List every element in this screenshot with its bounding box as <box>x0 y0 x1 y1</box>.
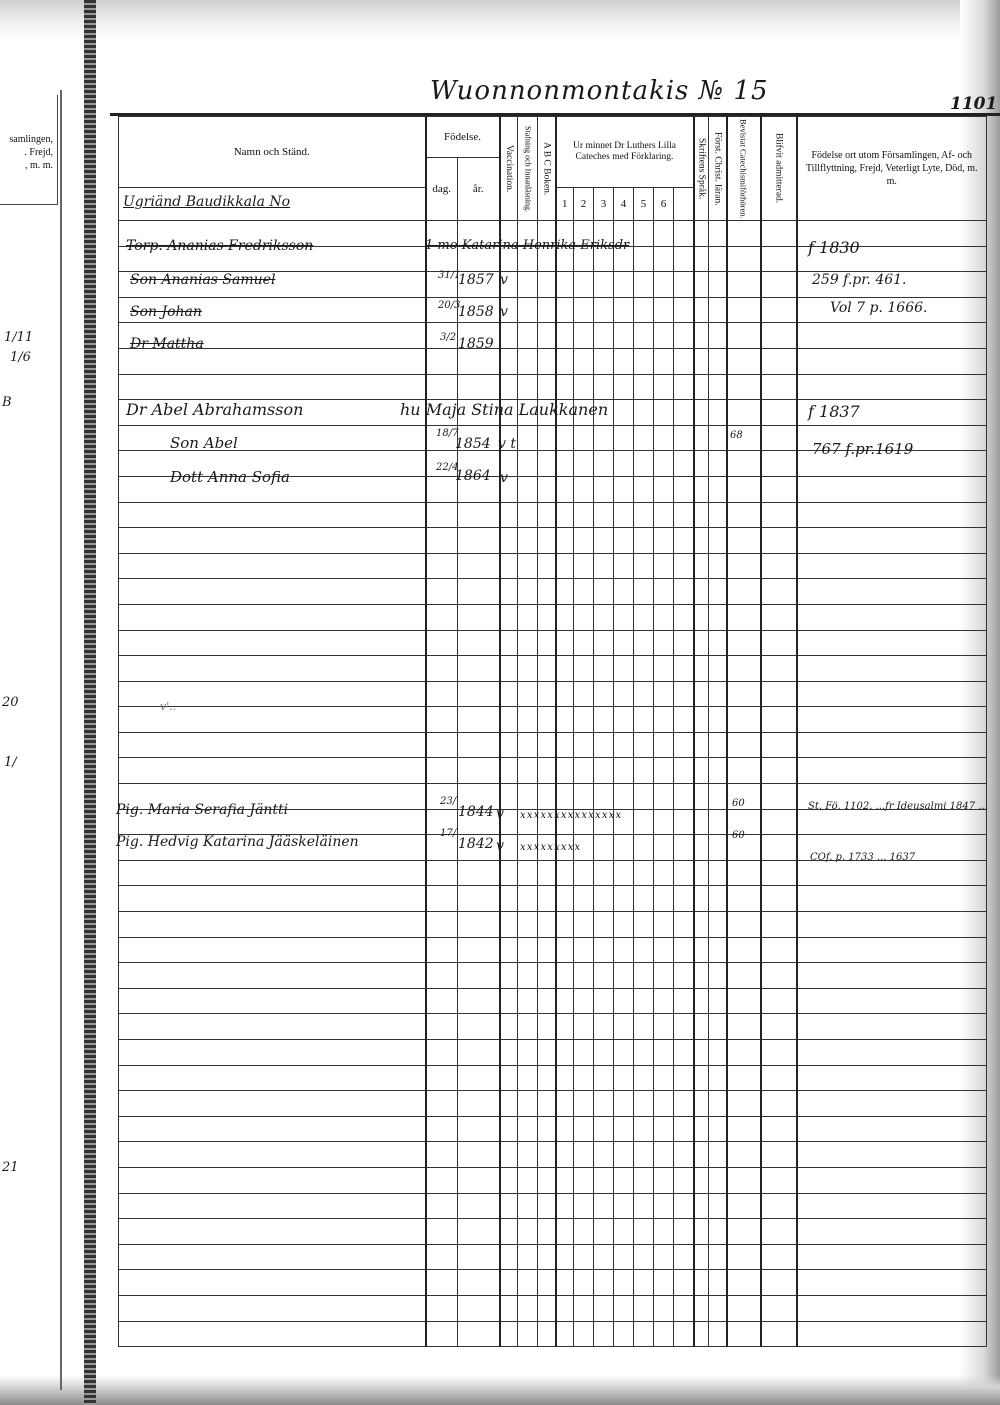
register-cell <box>538 579 556 605</box>
register-cell <box>614 528 634 554</box>
register-cell <box>634 681 654 707</box>
register-cell <box>654 886 674 912</box>
register-cell <box>614 860 634 886</box>
register-cell <box>574 937 594 963</box>
col-header-reading: Stafning och Innanläsning. <box>518 117 538 221</box>
register-cell <box>119 937 426 963</box>
catechism-part-spacer <box>674 188 694 221</box>
register-cell <box>674 451 694 477</box>
register-cell <box>574 323 594 349</box>
register-cell <box>709 553 727 579</box>
register-cell <box>538 681 556 707</box>
register-row <box>119 323 987 349</box>
register-cell <box>614 707 634 733</box>
register-cell <box>761 1244 797 1270</box>
register-cell <box>518 1295 538 1321</box>
register-cell <box>614 1116 634 1142</box>
register-cell <box>426 502 458 528</box>
col-header-catechism: Ur minnet Dr Luthers Lilla Cateches med … <box>556 117 694 188</box>
register-cell <box>634 348 654 374</box>
register-cell <box>518 374 538 400</box>
register-cell <box>614 988 634 1014</box>
register-cell <box>556 988 574 1014</box>
register-cell <box>674 272 694 298</box>
register-cell <box>761 809 797 835</box>
register-cell <box>727 400 761 426</box>
register-cell <box>709 1219 727 1245</box>
register-row <box>119 604 987 630</box>
register-cell <box>674 1244 694 1270</box>
register-cell <box>654 758 674 784</box>
register-cell <box>119 374 426 400</box>
register-cell <box>518 707 538 733</box>
register-cell <box>674 425 694 451</box>
register-cell <box>634 963 654 989</box>
book-binding <box>84 0 96 1405</box>
register-cell <box>594 681 614 707</box>
register-cell <box>761 1321 797 1347</box>
register-cell <box>119 604 426 630</box>
register-cell <box>694 886 709 912</box>
register-cell <box>694 1193 709 1219</box>
register-cell <box>500 912 518 938</box>
register-cell <box>518 732 538 758</box>
register-cell <box>556 476 574 502</box>
register-cell <box>574 758 594 784</box>
register-cell <box>654 860 674 886</box>
register-cell <box>634 1091 654 1117</box>
register-cell <box>654 451 674 477</box>
register-cell <box>538 297 556 323</box>
register-cell <box>761 1295 797 1321</box>
register-cell <box>761 579 797 605</box>
register-cell <box>761 604 797 630</box>
page-title: Wuonnonmontakis № 15 <box>430 76 769 106</box>
register-cell <box>594 1193 614 1219</box>
register-cell <box>709 1014 727 1040</box>
entry-birth-day: 23/ <box>440 796 456 807</box>
register-cell <box>797 988 987 1014</box>
register-cell <box>518 553 538 579</box>
register-cell <box>614 1193 634 1219</box>
register-cell <box>119 1193 426 1219</box>
register-cell <box>654 707 674 733</box>
register-cell <box>119 1321 426 1347</box>
register-cell <box>500 348 518 374</box>
register-cell <box>500 707 518 733</box>
col-header-doctrine: Först. Christ. läran. <box>709 117 727 221</box>
register-cell <box>518 988 538 1014</box>
register-cell <box>761 988 797 1014</box>
entry-vaccination: v <box>500 304 508 320</box>
register-cell <box>614 1091 634 1117</box>
register-cell <box>634 656 654 682</box>
register-cell <box>518 758 538 784</box>
register-cell <box>614 323 634 349</box>
register-cell <box>594 988 614 1014</box>
register-cell <box>709 681 727 707</box>
register-cell <box>574 988 594 1014</box>
register-cell <box>594 272 614 298</box>
register-cell <box>694 784 709 810</box>
register-cell <box>538 963 556 989</box>
register-cell <box>500 988 518 1014</box>
register-cell <box>119 758 426 784</box>
register-cell <box>674 912 694 938</box>
register-cell <box>458 988 500 1014</box>
register-cell <box>500 1014 518 1040</box>
register-cell <box>709 348 727 374</box>
register-cell <box>500 1321 518 1347</box>
register-cell <box>674 707 694 733</box>
register-cell <box>761 937 797 963</box>
register-cell <box>518 1193 538 1219</box>
register-cell <box>119 348 426 374</box>
register-cell <box>119 1014 426 1040</box>
register-cell <box>518 272 538 298</box>
register-cell <box>518 502 538 528</box>
register-cell <box>709 604 727 630</box>
register-cell <box>634 451 654 477</box>
register-cell <box>709 835 727 861</box>
entry-vaccination: v <box>500 470 508 486</box>
register-cell <box>797 1065 987 1091</box>
entry-name: Dott Anna Sofia <box>170 468 290 486</box>
register-cell <box>574 528 594 554</box>
left-margin-note: 21 <box>2 1160 19 1175</box>
register-cell <box>761 1219 797 1245</box>
register-cell <box>518 476 538 502</box>
register-cell <box>458 374 500 400</box>
register-cell <box>538 374 556 400</box>
register-cell <box>709 656 727 682</box>
register-cell <box>654 630 674 656</box>
register-cell <box>761 707 797 733</box>
register-cell <box>119 1142 426 1168</box>
register-cell <box>694 348 709 374</box>
register-cell <box>727 988 761 1014</box>
register-cell <box>709 1244 727 1270</box>
col-header-day: dag. <box>426 158 458 221</box>
register-cell <box>518 1116 538 1142</box>
register-cell <box>797 1270 987 1296</box>
register-cell <box>426 1270 458 1296</box>
register-cell <box>797 656 987 682</box>
register-cell <box>556 937 574 963</box>
register-cell <box>654 476 674 502</box>
register-cell <box>674 809 694 835</box>
register-cell <box>654 1270 674 1296</box>
register-cell <box>709 1167 727 1193</box>
register-cell <box>500 732 518 758</box>
catechism-part-4: 4 <box>614 188 634 221</box>
register-cell <box>634 912 654 938</box>
register-cell <box>594 1295 614 1321</box>
register-cell <box>518 1167 538 1193</box>
register-cell <box>614 425 634 451</box>
register-cell <box>761 246 797 272</box>
register-row <box>119 553 987 579</box>
register-cell <box>797 1321 987 1347</box>
register-cell <box>727 1065 761 1091</box>
register-cell <box>614 272 634 298</box>
register-cell <box>538 1142 556 1168</box>
register-cell <box>761 476 797 502</box>
register-cell <box>634 1295 654 1321</box>
register-cell <box>556 1167 574 1193</box>
register-cell <box>574 1244 594 1270</box>
register-cell <box>119 886 426 912</box>
register-cell <box>556 502 574 528</box>
register-cell <box>538 528 556 554</box>
register-cell <box>709 988 727 1014</box>
register-cell <box>614 1270 634 1296</box>
register-cell <box>538 860 556 886</box>
register-row <box>119 1321 987 1347</box>
register-cell <box>594 732 614 758</box>
register-cell <box>556 579 574 605</box>
register-cell <box>426 630 458 656</box>
register-cell <box>426 937 458 963</box>
register-cell <box>500 553 518 579</box>
register-cell <box>614 656 634 682</box>
entry-remarks: 259 f.pr. 461. <box>812 272 907 288</box>
register-cell <box>458 502 500 528</box>
register-cell <box>614 1065 634 1091</box>
entry-name: Son Johan <box>130 304 202 320</box>
register-cell <box>634 221 654 247</box>
col-header-catechism-exam: Bevistat Catechismiförhören. <box>727 117 761 221</box>
register-cell <box>761 451 797 477</box>
register-cell <box>594 502 614 528</box>
register-row <box>119 1014 987 1040</box>
register-cell <box>574 912 594 938</box>
register-cell <box>797 1219 987 1245</box>
register-cell <box>727 297 761 323</box>
register-cell <box>634 400 654 426</box>
register-cell <box>518 784 538 810</box>
entry-name: Son Abel <box>170 434 238 452</box>
entry-name: Dr Mattha <box>130 336 204 352</box>
register-cell <box>574 476 594 502</box>
register-cell <box>634 630 654 656</box>
register-cell <box>634 860 654 886</box>
register-cell <box>674 502 694 528</box>
register-cell <box>556 1321 574 1347</box>
register-cell <box>634 1040 654 1066</box>
register-cell <box>727 860 761 886</box>
register-cell <box>654 374 674 400</box>
register-cell <box>674 937 694 963</box>
register-cell <box>574 425 594 451</box>
register-row <box>119 1116 987 1142</box>
register-cell <box>654 809 674 835</box>
register-cell <box>674 400 694 426</box>
register-cell <box>574 1167 594 1193</box>
register-cell <box>458 1219 500 1245</box>
entry-birth-year: 1857 <box>458 272 494 288</box>
reading-label: Stafning och Innanläsning. <box>523 126 533 212</box>
register-cell <box>761 656 797 682</box>
col-header-name: Namn och Ständ. <box>119 117 426 188</box>
register-cell <box>797 1091 987 1117</box>
register-cell <box>654 1244 674 1270</box>
register-cell <box>694 758 709 784</box>
register-cell <box>614 476 634 502</box>
register-cell <box>556 784 574 810</box>
register-cell <box>634 297 654 323</box>
entry-progress-marks: x x x x x x x x x <box>520 842 579 853</box>
register-cell <box>426 1321 458 1347</box>
catechism-part-2: 2 <box>574 188 594 221</box>
register-cell <box>518 348 538 374</box>
register-cell <box>727 1295 761 1321</box>
register-cell <box>674 988 694 1014</box>
register-row <box>119 758 987 784</box>
register-cell <box>594 1014 614 1040</box>
register-cell <box>727 656 761 682</box>
register-cell <box>654 272 674 298</box>
register-cell <box>694 707 709 733</box>
register-cell <box>654 221 674 247</box>
entry-spouse: 1 mo Katarina Henrika Eriksdr <box>425 238 629 253</box>
register-cell <box>709 476 727 502</box>
register-cell <box>674 348 694 374</box>
register-cell <box>594 425 614 451</box>
register-cell <box>500 681 518 707</box>
register-row <box>119 374 987 400</box>
register-row <box>119 988 987 1014</box>
register-cell <box>538 732 556 758</box>
register-cell <box>119 912 426 938</box>
register-cell <box>674 860 694 886</box>
register-cell <box>556 272 574 298</box>
register-row <box>119 1219 987 1245</box>
register-cell <box>674 1065 694 1091</box>
register-cell <box>119 1244 426 1270</box>
register-cell <box>694 451 709 477</box>
register-cell <box>500 937 518 963</box>
register-cell <box>500 963 518 989</box>
register-cell <box>654 400 674 426</box>
register-cell <box>797 1193 987 1219</box>
register-cell <box>594 963 614 989</box>
register-cell <box>761 323 797 349</box>
register-cell <box>119 502 426 528</box>
admitted-label: Blifvit admitterad. <box>774 133 784 203</box>
entry-remarks: f 1837 <box>808 402 860 421</box>
register-row <box>119 1091 987 1117</box>
left-page-fragment: samlingen, . Frejd, , m. m. 1/11 1/6 B 2… <box>0 95 84 1395</box>
register-cell <box>518 1014 538 1040</box>
register-cell <box>538 1040 556 1066</box>
register-cell <box>614 732 634 758</box>
register-cell <box>458 656 500 682</box>
register-cell <box>709 784 727 810</box>
register-cell <box>797 476 987 502</box>
entry-name: Pig. Maria Serafia Jäntti <box>116 802 288 818</box>
register-cell <box>538 1219 556 1245</box>
register-cell <box>634 1014 654 1040</box>
register-cell <box>654 1219 674 1245</box>
register-cell <box>694 553 709 579</box>
register-cell <box>556 1116 574 1142</box>
register-cell <box>761 912 797 938</box>
register-cell <box>634 732 654 758</box>
register-cell <box>654 604 674 630</box>
register-cell <box>500 502 518 528</box>
register-cell <box>458 1040 500 1066</box>
register-cell <box>556 553 574 579</box>
register-cell <box>574 1014 594 1040</box>
register-cell <box>574 1142 594 1168</box>
register-cell <box>654 553 674 579</box>
register-cell <box>654 835 674 861</box>
register-cell <box>518 1219 538 1245</box>
entry-birth-year: 1844 <box>458 804 494 820</box>
register-cell <box>518 604 538 630</box>
register-cell <box>761 221 797 247</box>
register-cell <box>797 1244 987 1270</box>
register-cell <box>614 400 634 426</box>
col-header-remarks: Födelse ort utom Församlingen, Af- och T… <box>797 117 987 221</box>
register-cell <box>654 988 674 1014</box>
register-cell <box>458 1091 500 1117</box>
register-cell <box>574 502 594 528</box>
register-cell <box>634 476 654 502</box>
register-cell <box>654 579 674 605</box>
register-cell <box>727 1219 761 1245</box>
register-cell <box>709 579 727 605</box>
entry-birth-year: 1854 <box>455 436 491 452</box>
register-cell <box>426 579 458 605</box>
register-cell <box>426 758 458 784</box>
register-cell <box>709 246 727 272</box>
register-cell <box>556 451 574 477</box>
abc-label: A B C Boken. <box>541 142 551 195</box>
register-cell <box>556 758 574 784</box>
register-cell <box>674 1193 694 1219</box>
register-cell <box>694 528 709 554</box>
register-cell <box>538 553 556 579</box>
register-cell <box>426 1244 458 1270</box>
register-cell <box>709 963 727 989</box>
register-cell <box>674 1270 694 1296</box>
register-cell <box>538 937 556 963</box>
register-cell <box>654 784 674 810</box>
register-cell <box>426 963 458 989</box>
register-cell <box>556 681 574 707</box>
register-cell <box>556 297 574 323</box>
scan-shadow-bottom <box>0 1375 1000 1405</box>
register-cell <box>634 425 654 451</box>
register-cell <box>694 425 709 451</box>
register-cell <box>518 681 538 707</box>
register-cell <box>574 860 594 886</box>
catechism-part-5: 5 <box>634 188 654 221</box>
register-cell <box>518 451 538 477</box>
register-cell <box>709 400 727 426</box>
register-cell <box>518 656 538 682</box>
register-cell <box>458 1014 500 1040</box>
entry-remarks: f 1830 <box>808 238 860 257</box>
register-cell <box>727 630 761 656</box>
register-cell <box>426 476 458 502</box>
col-header-birth: Födelse. <box>426 117 500 158</box>
register-row <box>119 681 987 707</box>
entry-vaccination: v <box>500 272 508 288</box>
entry-vaccination: v t <box>498 436 516 452</box>
